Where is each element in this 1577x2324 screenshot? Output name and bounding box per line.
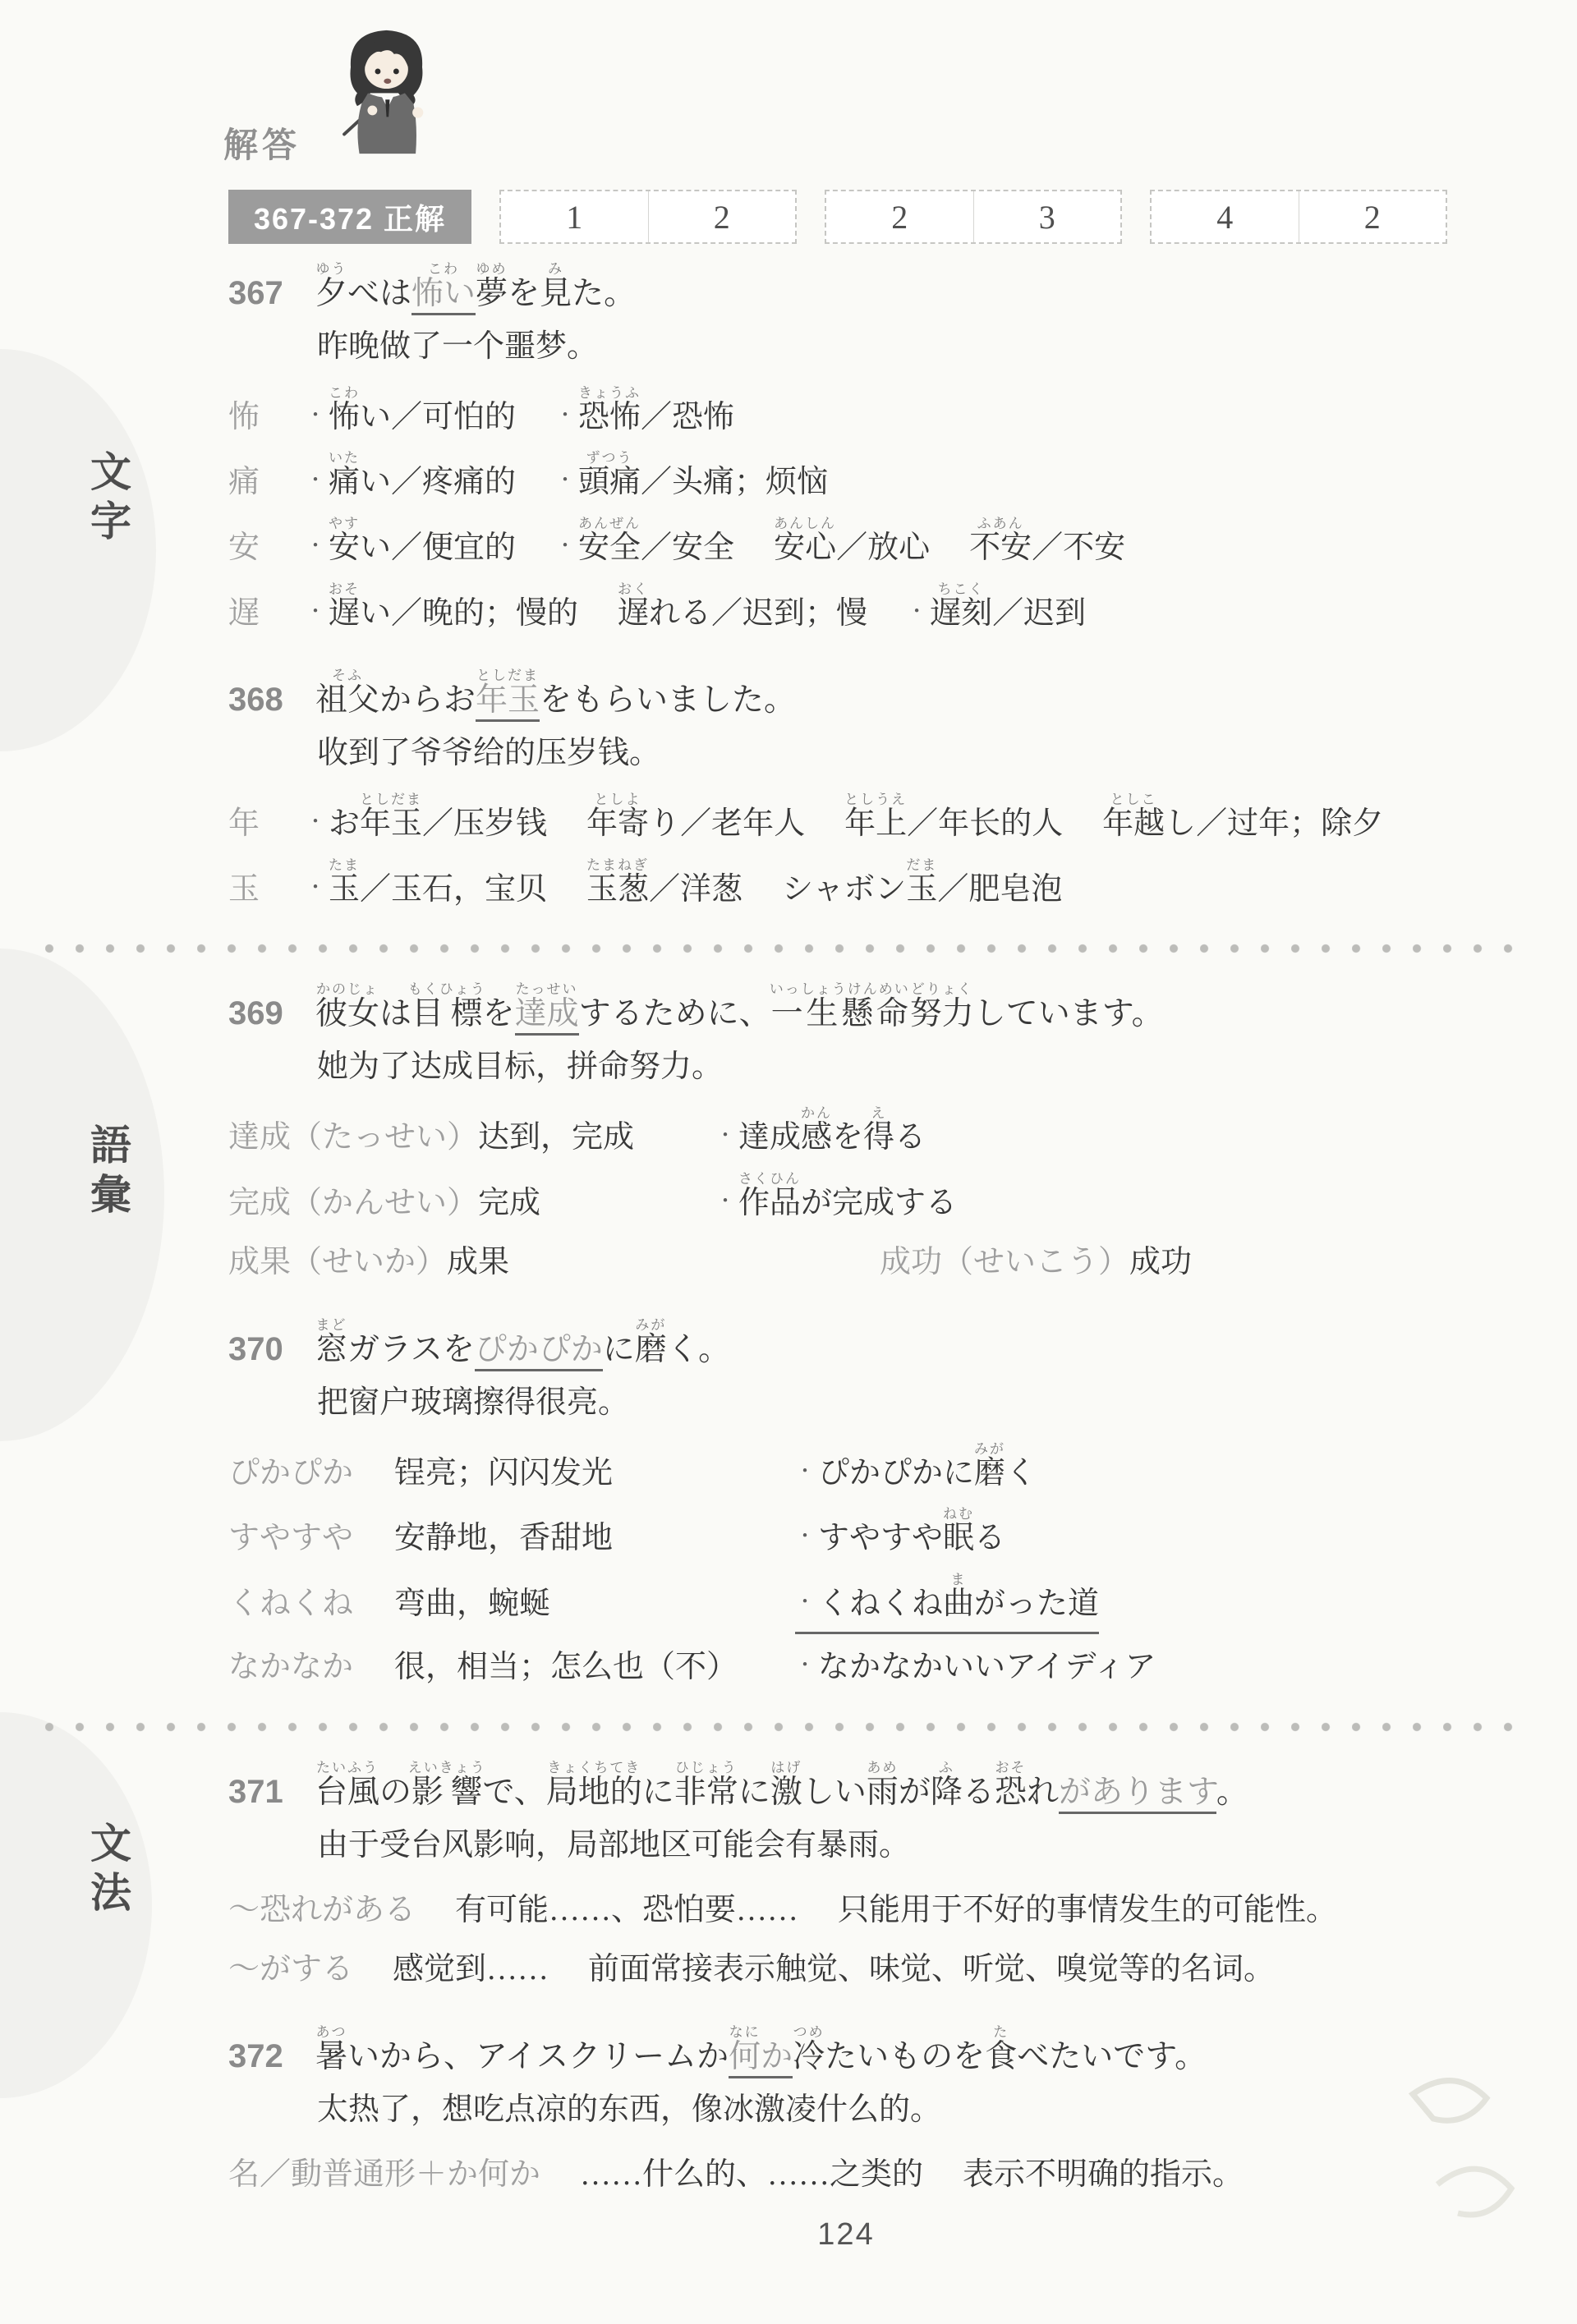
text-segment: り／老年人 bbox=[649, 806, 805, 841]
vocab-row: 安・安やすい／便宜的・安全あんぜん／安全安心あんしん／放心不安ふあん／不安 bbox=[228, 516, 1460, 575]
vocab-row: 遅・遅おそい／晚的；慢的遅おくれる／迟到；慢・遅刻ちこく／迟到 bbox=[228, 581, 1460, 641]
ruby-word: 痛いた bbox=[329, 465, 360, 499]
vocab-item: ・遅おそい／晚的；慢的 bbox=[306, 581, 578, 641]
vocab-rows: ぴかぴか锃亮；闪闪发光・ぴかぴかに磨みがくすやすや安静地，香甜地・すやすや眠ねむ… bbox=[228, 1441, 1460, 1694]
vocab-row: ～がする感觉到……前面常接表示触觉、味觉、听觉、嗅觉等的名词。 bbox=[228, 1943, 1460, 1996]
text-segment: ぴかぴか bbox=[475, 1332, 603, 1371]
furigana: み bbox=[540, 261, 572, 277]
vocab-row: すやすや安静地，香甜地・すやすや眠ねむる bbox=[228, 1506, 1460, 1565]
text-segment: 感觉到…… bbox=[393, 1952, 549, 1986]
answer-cell: 2 bbox=[826, 191, 974, 242]
vocab-item: 遅おくれる／迟到；慢 bbox=[618, 581, 867, 641]
ruby-word: 遅おそ bbox=[329, 596, 360, 631]
text-segment: をもらいました。 bbox=[540, 682, 796, 718]
furigana: おそ bbox=[995, 1760, 1027, 1775]
text-segment: シャボン bbox=[782, 872, 906, 907]
text-segment: 成功 bbox=[1129, 1245, 1192, 1279]
bullet-icon: ・ bbox=[306, 595, 325, 629]
text-segment: ／安全 bbox=[641, 530, 734, 565]
furigana: ふあん bbox=[969, 516, 1032, 531]
vocab-item: 名／動普通形＋か何か bbox=[228, 2148, 540, 2202]
ruby-word: 暑あつ bbox=[315, 2039, 347, 2074]
vocab-row: 痛・痛いたい／疼痛的・頭痛ずつう／头痛；烦恼 bbox=[228, 450, 1460, 509]
text-segment: ／肥皂泡 bbox=[937, 872, 1062, 907]
ruby-word: 作品さくひん bbox=[738, 1186, 801, 1220]
answer-range-label: 367-372 正解 bbox=[228, 190, 471, 244]
text-segment: 达到，完成 bbox=[478, 1120, 634, 1155]
text-segment: 完成（かんせい） bbox=[228, 1186, 478, 1220]
text-segment: い／疼痛的 bbox=[360, 465, 516, 499]
question-line: 372暑あついから、アイスクリームか何なにか冷つめたいものを食たべたいです。 bbox=[228, 2024, 1460, 2084]
bullet-icon: ・ bbox=[795, 1520, 815, 1554]
ruby-word: 窓まど bbox=[315, 1332, 347, 1367]
furigana: ま bbox=[943, 1572, 974, 1587]
furigana: まど bbox=[315, 1317, 347, 1333]
furigana: きょうふ bbox=[578, 385, 641, 401]
vocab-item: 玉 bbox=[228, 863, 266, 916]
text-segment: なかなかいいアイディア bbox=[818, 1650, 1156, 1684]
vocab-item: ・玉たま／玉石，宝贝 bbox=[306, 857, 547, 916]
furigana: ふ bbox=[931, 1760, 963, 1775]
vocab-item: ・遅刻ちこく／迟到 bbox=[907, 581, 1086, 641]
vocab-item: ～恐れがある bbox=[228, 1884, 416, 1937]
text-segment: ～恐れがある bbox=[228, 1893, 416, 1927]
furigana: としこ bbox=[1102, 792, 1165, 807]
bullet-icon: ・ bbox=[555, 530, 575, 563]
vocab-rows: 年・お年玉としだま／压岁钱年寄としより／老年人年上としうえ／年长的人年越としこし… bbox=[228, 792, 1460, 916]
text-segment: ／玉石，宝贝 bbox=[360, 872, 547, 907]
text-segment: いから、アイスクリームか bbox=[347, 2039, 729, 2074]
question-translation: 收到了爷爷给的压岁钱。 bbox=[317, 734, 1460, 774]
teacher-girl-illustration bbox=[327, 21, 446, 163]
vocab-item: ・すやすや眠ねむる bbox=[795, 1506, 1005, 1565]
sidebar-label-goi: 語彙 bbox=[78, 1123, 137, 1222]
text-segment: を bbox=[508, 276, 540, 311]
question-line: 370窓まどガラスをぴかぴかに磨みがく。 bbox=[228, 1317, 1460, 1377]
text-segment: ／头痛；烦恼 bbox=[641, 465, 828, 499]
question-372: 372暑あついから、アイスクリームか何なにか冷つめたいものを食たべたいです。太热… bbox=[228, 2024, 1460, 2201]
vocab-item: ・安全あんぜん／安全 bbox=[555, 516, 734, 575]
ruby-word: 目標もくひょう bbox=[411, 996, 483, 1031]
bullet-icon: ・ bbox=[306, 806, 325, 839]
text-segment: い／便宜的 bbox=[360, 530, 516, 565]
furigana: おく bbox=[618, 581, 649, 597]
furigana: た bbox=[985, 2024, 1017, 2040]
vocab-item: 表示不明确的指示。 bbox=[963, 2148, 1244, 2202]
text-segment: れ bbox=[1027, 1775, 1059, 1810]
ruby-word: 眠ねむ bbox=[943, 1521, 974, 1555]
text-segment: があります bbox=[1059, 1775, 1216, 1814]
question-sentence: 台風たいふうの影響えいきょうで、局地的きょくちてきに非常ひじょうに激はげしい雨あ… bbox=[315, 1760, 1248, 1820]
text-segment: 怖 bbox=[228, 400, 260, 434]
answer-group: 23 bbox=[825, 190, 1122, 244]
text-segment: べたいです。 bbox=[1017, 2039, 1207, 2074]
text-segment: か bbox=[761, 2039, 793, 2078]
furigana: いっしょうけんめい bbox=[770, 981, 910, 997]
vocab-item: ・痛いたい／疼痛的 bbox=[306, 450, 516, 509]
vocab-item: 不安ふあん／不安 bbox=[969, 516, 1125, 575]
vocab-rows: 達成（たっせい）达到，完成・達成感かんを得える完成（かんせい）完成・作品さくひん… bbox=[228, 1105, 1460, 1289]
question-371: 371台風たいふうの影響えいきょうで、局地的きょくちてきに非常ひじょうに激はげし… bbox=[228, 1760, 1460, 1996]
text-segment: が完成する bbox=[801, 1186, 957, 1220]
question-368: 368祖父そふからお年玉としだまをもらいました。收到了爷爷给的压岁钱。年・お年玉… bbox=[228, 668, 1460, 916]
girl-hand bbox=[412, 107, 423, 117]
ruby-word: 玉葱たまねぎ bbox=[586, 872, 649, 907]
furigana: いた bbox=[329, 450, 360, 466]
text-segment: ／不安 bbox=[1032, 530, 1125, 565]
text-segment: なかなか bbox=[228, 1650, 353, 1684]
text-segment: ／洋葱 bbox=[649, 872, 743, 907]
question-number: 371 bbox=[228, 1764, 287, 1820]
question-translation: 太热了，想吃点凉的东西，像冰激凌什么的。 bbox=[317, 2091, 1460, 2130]
question-line: 369彼女かのじょは目標もくひょうを達成たっせいするために、一生懸命いっしょうけ… bbox=[228, 981, 1460, 1041]
furigana: さくひん bbox=[738, 1171, 801, 1187]
vocab-item: 弯曲，蜿蜒 bbox=[394, 1578, 756, 1631]
text-segment: 安 bbox=[228, 530, 260, 565]
furigana: みが bbox=[635, 1317, 667, 1333]
bullet-icon: ・ bbox=[306, 399, 325, 433]
bullet-icon: ・ bbox=[555, 464, 575, 498]
vocab-item: なかなか bbox=[228, 1641, 355, 1694]
furigana: どりょく bbox=[910, 981, 974, 997]
vocab-row: くねくね弯曲，蜿蜒・くねくね曲まがった道 bbox=[228, 1572, 1460, 1635]
ruby-word: 年寄としよ bbox=[586, 806, 649, 841]
ruby-word: 年玉としだま bbox=[476, 682, 540, 722]
vocab-row: 成果（せいか）成果成功（せいこう）成功 bbox=[228, 1236, 1460, 1289]
text-segment: 弯曲，蜿蜒 bbox=[394, 1587, 550, 1621]
content: 367夕ゆうべは怖いこわ夢ゆめを見みた。昨晚做了一个噩梦。怖・怖こわい／可怕的・… bbox=[228, 261, 1460, 2229]
vocab-item: ・くねくね曲まがった道 bbox=[795, 1572, 1099, 1635]
text-segment: 锃亮；闪闪发光 bbox=[394, 1456, 613, 1490]
question-sentence: 夕ゆうべは怖いこわ夢ゆめを見みた。 bbox=[315, 261, 636, 321]
vocab-item: ・なかなかいいアイディア bbox=[795, 1641, 1156, 1694]
question-number: 367 bbox=[228, 265, 287, 321]
vocab-item: 年寄としより／老年人 bbox=[586, 792, 805, 851]
text-segment: 完成 bbox=[478, 1186, 540, 1220]
furigana: そふ bbox=[315, 668, 379, 683]
ruby-word: 磨みが bbox=[974, 1456, 1005, 1490]
question-367: 367夕ゆうべは怖いこわ夢ゆめを見みた。昨晚做了一个噩梦。怖・怖こわい／可怕的・… bbox=[228, 261, 1460, 640]
text-segment: に bbox=[642, 1775, 674, 1810]
vocab-item: 玉葱たまねぎ／洋葱 bbox=[586, 857, 743, 916]
ruby-word: 非常ひじょう bbox=[674, 1775, 738, 1810]
text-segment: で、 bbox=[483, 1775, 546, 1810]
sidebar-label-bunpou: 文法 bbox=[78, 1821, 137, 1920]
text-segment: ／恐怖 bbox=[641, 400, 734, 434]
vocab-item: 完成（かんせい）完成 bbox=[228, 1177, 676, 1230]
text-segment: 達成 bbox=[738, 1120, 801, 1155]
ruby-word: 夢ゆめ bbox=[476, 276, 508, 311]
ruby-word: 食た bbox=[985, 2039, 1017, 2074]
text-segment: る bbox=[963, 1775, 995, 1810]
text-segment: を bbox=[832, 1120, 863, 1155]
vocab-item: 痛 bbox=[228, 456, 266, 509]
vocab-row: 名／動普通形＋か何か……什么的、……之类的表示不明确的指示。 bbox=[228, 2148, 1460, 2202]
question-sentence: 祖父そふからお年玉としだまをもらいました。 bbox=[315, 668, 796, 728]
bullet-icon: ・ bbox=[715, 1185, 735, 1219]
text-segment: に bbox=[603, 1332, 635, 1367]
ruby-word: 玉だま bbox=[906, 872, 937, 907]
vocab-row: 年・お年玉としだま／压岁钱年寄としより／老年人年上としうえ／年长的人年越としこし… bbox=[228, 792, 1460, 851]
furigana: みが bbox=[974, 1441, 1005, 1457]
vocab-item: ・恐怖きょうふ／恐怖 bbox=[555, 385, 734, 444]
girl-eye bbox=[375, 69, 381, 75]
girl-hand bbox=[367, 105, 377, 115]
text-segment: く。 bbox=[667, 1332, 730, 1367]
vocab-item: 遅 bbox=[228, 587, 266, 641]
text-segment: ／年长的人 bbox=[907, 806, 1063, 841]
text-segment: 很，相当；怎么也（不） bbox=[394, 1650, 738, 1684]
vocab-row: 怖・怖こわい／可怕的・恐怖きょうふ／恐怖 bbox=[228, 385, 1460, 444]
bullet-icon: ・ bbox=[795, 1455, 815, 1489]
text-segment: い／可怕的 bbox=[360, 400, 516, 434]
vocab-row: ぴかぴか锃亮；闪闪发光・ぴかぴかに磨みがく bbox=[228, 1441, 1460, 1500]
text-segment: ぴかぴか bbox=[228, 1456, 353, 1490]
text-segment: る bbox=[974, 1521, 1005, 1555]
question-translation: 昨晚做了一个噩梦。 bbox=[317, 328, 1460, 367]
ruby-word: 祖父そふ bbox=[315, 682, 379, 718]
ruby-word: 感かん bbox=[801, 1120, 832, 1155]
ruby-word: 不安ふあん bbox=[969, 530, 1032, 565]
ruby-word: 降ふ bbox=[931, 1775, 963, 1810]
vocab-item: ・作品さくひんが完成する bbox=[715, 1171, 957, 1230]
question-370: 370窓まどガラスをぴかぴかに磨みがく。把窗户玻璃擦得很亮。ぴかぴか锃亮；闪闪发… bbox=[228, 1317, 1460, 1694]
bullet-icon: ・ bbox=[555, 399, 575, 433]
ruby-word: 遅おく bbox=[618, 596, 649, 631]
text-segment: ／压岁钱 bbox=[422, 806, 547, 841]
ruby-word: 怖こわ bbox=[329, 400, 360, 434]
vocab-row: なかなか很，相当；怎么也（不）・なかなかいいアイディア bbox=[228, 1641, 1460, 1694]
answer-group: 12 bbox=[499, 190, 797, 244]
furigana: としだま bbox=[360, 792, 422, 807]
text-segment: ぴかぴかに bbox=[818, 1456, 974, 1490]
question-369: 369彼女かのじょは目標もくひょうを達成たっせいするために、一生懸命いっしょうけ… bbox=[228, 981, 1460, 1289]
bullet-icon: ・ bbox=[306, 871, 325, 905]
vocab-item: ・頭痛ずつう／头痛；烦恼 bbox=[555, 450, 828, 509]
answer-group: 42 bbox=[1150, 190, 1447, 244]
ruby-word: 見み bbox=[540, 276, 572, 311]
question-line: 371台風たいふうの影響えいきょうで、局地的きょくちてきに非常ひじょうに激はげし… bbox=[228, 1760, 1460, 1820]
girl-mouth bbox=[384, 79, 391, 84]
vocab-item: 達成（たっせい）达到，完成 bbox=[228, 1111, 676, 1164]
question-translation: 把窗户玻璃擦得很亮。 bbox=[317, 1384, 1460, 1423]
bullet-icon: ・ bbox=[715, 1119, 735, 1153]
text-segment: 有可能……、恐怕要…… bbox=[455, 1893, 798, 1927]
question-line: 368祖父そふからお年玉としだまをもらいました。 bbox=[228, 668, 1460, 728]
furigana: たま bbox=[329, 857, 360, 873]
furigana: ゆめ bbox=[476, 261, 508, 277]
sidebar-label-moji: 文字 bbox=[78, 450, 137, 549]
answer-cell: 3 bbox=[974, 191, 1121, 242]
furigana: あんぜん bbox=[578, 516, 641, 531]
ruby-word: 安全あんぜん bbox=[578, 530, 641, 565]
text-segment: 成功（せいこう） bbox=[880, 1245, 1129, 1279]
ruby-word: 恐怖きょうふ bbox=[578, 400, 641, 434]
ruby-word: 磨みが bbox=[635, 1332, 667, 1367]
question-sentence: 彼女かのじょは目標もくひょうを達成たっせいするために、一生懸命いっしょうけんめい… bbox=[315, 981, 1164, 1041]
furigana: たっせい bbox=[515, 981, 579, 997]
furigana: こわ bbox=[329, 385, 360, 401]
dotted-divider bbox=[45, 1722, 1532, 1732]
text-segment: い／晚的；慢的 bbox=[360, 596, 578, 631]
furigana: ひじょう bbox=[674, 1760, 738, 1775]
vocab-item: 年上としうえ／年长的人 bbox=[844, 792, 1063, 851]
furigana: ずつう bbox=[578, 450, 641, 466]
ruby-word: 影響えいきょう bbox=[411, 1775, 483, 1810]
text-segment: 前面常接表示触觉、味觉、听觉、嗅觉等的名词。 bbox=[588, 1952, 1275, 1986]
text-segment: た。 bbox=[572, 276, 636, 311]
text-segment: くねくね bbox=[818, 1587, 943, 1621]
text-segment: 成果 bbox=[447, 1245, 509, 1279]
furigana: やす bbox=[329, 516, 360, 531]
furigana: だま bbox=[906, 857, 937, 873]
text-segment: 表示不明确的指示。 bbox=[963, 2157, 1244, 2192]
text-segment: ……什么的、……之类的 bbox=[580, 2157, 923, 2192]
text-segment: くねくね bbox=[228, 1587, 353, 1621]
ruby-word: 得え bbox=[863, 1120, 894, 1155]
ruby-word: 年上としうえ bbox=[844, 806, 907, 841]
text-segment: し／过年；除夕 bbox=[1165, 806, 1383, 841]
vocab-item: 安心あんしん／放心 bbox=[774, 516, 930, 575]
furigana: としうえ bbox=[844, 792, 907, 807]
text-segment: の bbox=[379, 1775, 411, 1810]
vocab-item: 怖 bbox=[228, 391, 266, 444]
text-segment: 玉 bbox=[228, 872, 260, 907]
text-segment: ／迟到 bbox=[992, 596, 1086, 631]
text-segment: を bbox=[483, 996, 515, 1031]
furigana: かん bbox=[801, 1105, 832, 1121]
furigana: あめ bbox=[867, 1760, 899, 1775]
vocab-item: 安 bbox=[228, 521, 266, 575]
vocab-item: ・達成感かんを得える bbox=[715, 1105, 926, 1164]
vocab-item: 安静地，香甜地 bbox=[394, 1512, 756, 1565]
bullet-icon: ・ bbox=[306, 464, 325, 498]
vocab-item: ……什么的、……之类的 bbox=[580, 2148, 923, 2202]
vocab-item: ・お年玉としだま／压岁钱 bbox=[306, 792, 547, 851]
text-segment: ／放心 bbox=[836, 530, 930, 565]
vocab-row: 完成（かんせい）完成・作品さくひんが完成する bbox=[228, 1171, 1460, 1230]
ruby-word: 一生懸命いっしょうけんめい bbox=[771, 996, 910, 1031]
vocab-item: ・怖こわい／可怕的 bbox=[306, 385, 516, 444]
furigana: こわ bbox=[411, 261, 476, 277]
question-number: 372 bbox=[228, 2028, 287, 2084]
ruby-word: 頭痛ずつう bbox=[578, 465, 641, 499]
vocab-item: ～がする bbox=[228, 1943, 353, 1996]
ruby-word: 台風たいふう bbox=[315, 1775, 379, 1810]
furigana: ねむ bbox=[943, 1506, 974, 1522]
vocab-item: 只能用于不好的事情发生的可能性。 bbox=[838, 1884, 1337, 1937]
vocab-item: 成果（せいか）成果 bbox=[228, 1236, 676, 1289]
question-line: 367夕ゆうべは怖いこわ夢ゆめを見みた。 bbox=[228, 261, 1460, 321]
text-segment: ガラスを bbox=[347, 1332, 475, 1367]
ruby-word: 年越としこ bbox=[1102, 806, 1165, 841]
furigana: えいきょう bbox=[408, 1760, 486, 1775]
text-segment: するために、 bbox=[579, 996, 771, 1031]
answer-cell: 1 bbox=[501, 191, 649, 242]
furigana: あつ bbox=[315, 2024, 347, 2040]
vocab-item: シャボン玉だま／肥皂泡 bbox=[782, 857, 1062, 916]
sidebar-arc-moji bbox=[0, 349, 156, 751]
text-segment: がった道 bbox=[974, 1587, 1099, 1621]
text-segment: る bbox=[894, 1120, 926, 1155]
ruby-word: 努力どりょく bbox=[910, 996, 974, 1031]
ruby-word: 局地的きょくちてき bbox=[546, 1775, 642, 1810]
text-segment: お bbox=[329, 806, 360, 841]
text-segment: しています。 bbox=[974, 996, 1164, 1031]
text-segment: 只能用于不好的事情发生的可能性。 bbox=[838, 1893, 1337, 1927]
answer-cell: 4 bbox=[1152, 191, 1299, 242]
furigana: なに bbox=[729, 2024, 761, 2040]
bullet-icon: ・ bbox=[795, 1649, 815, 1683]
vocab-rows: 名／動普通形＋か何か……什么的、……之类的表示不明确的指示。 bbox=[228, 2148, 1460, 2202]
text-segment: 達成（たっせい） bbox=[228, 1120, 478, 1155]
ruby-word: 曲ま bbox=[943, 1587, 974, 1621]
girl-eye bbox=[393, 69, 399, 75]
textbook-page: 解答 367-372 正解 122342 文字 語彙 文法 367夕ゆうべは怖い… bbox=[0, 0, 1577, 2324]
text-segment: 。 bbox=[1216, 1775, 1248, 1810]
question-sentence: 窓まどガラスをぴかぴかに磨みがく。 bbox=[315, 1317, 730, 1377]
text-segment: からお bbox=[379, 682, 476, 718]
ruby-word: 遅刻ちこく bbox=[930, 596, 992, 631]
question-number: 370 bbox=[228, 1321, 287, 1377]
ruby-word: 恐おそ bbox=[995, 1775, 1027, 1810]
vocab-item: 很，相当；怎么也（不） bbox=[394, 1641, 756, 1694]
ruby-word: 怖いこわ bbox=[411, 276, 476, 315]
furigana: かのじょ bbox=[315, 981, 379, 997]
vocab-row: 玉・玉たま／玉石，宝贝玉葱たまねぎ／洋葱シャボン玉だま／肥皂泡 bbox=[228, 857, 1460, 916]
text-segment: は bbox=[379, 996, 411, 1031]
furigana: もくひょう bbox=[408, 981, 486, 997]
vocab-row: ～恐れがある有可能……、恐怕要……只能用于不好的事情发生的可能性。 bbox=[228, 1884, 1460, 1937]
vocab-item: すやすや bbox=[228, 1512, 355, 1565]
vocab-item: 年越としこし／过年；除夕 bbox=[1102, 792, 1383, 851]
text-segment: に bbox=[738, 1775, 770, 1810]
vocab-item: 成功（せいこう）成功 bbox=[880, 1236, 1192, 1289]
ruby-word: 安やす bbox=[329, 530, 360, 565]
text-segment: 年 bbox=[228, 806, 260, 841]
vocab-item: ぴかぴか bbox=[228, 1447, 355, 1500]
text-segment: すやすや bbox=[818, 1521, 943, 1555]
ruby-word: 何なに bbox=[729, 2039, 761, 2078]
ruby-word: 安心あんしん bbox=[774, 530, 836, 565]
answer-cell: 2 bbox=[1299, 191, 1446, 242]
text-segment: 痛 bbox=[228, 465, 260, 499]
text-segment: しい bbox=[802, 1775, 867, 1810]
ruby-word: 達成たっせい bbox=[515, 996, 579, 1036]
text-segment: 名／動普通形＋か何か bbox=[228, 2157, 540, 2192]
text-segment: れる／迟到；慢 bbox=[649, 596, 867, 631]
ruby-word: 夕ゆう bbox=[315, 276, 347, 311]
answer-bar: 367-372 正解 122342 bbox=[228, 190, 1447, 244]
ruby-word: 激はげ bbox=[770, 1775, 802, 1810]
page-number: 124 bbox=[0, 2217, 1577, 2253]
furigana: としだま bbox=[476, 668, 540, 683]
furigana: としよ bbox=[586, 792, 649, 807]
furigana: ちこく bbox=[930, 581, 992, 597]
text-segment: 遅 bbox=[228, 596, 260, 631]
text-segment: 成果（せいか） bbox=[228, 1245, 447, 1279]
text-segment: ～がする bbox=[228, 1952, 353, 1986]
ruby-word: 冷つめ bbox=[793, 2039, 825, 2074]
answer-groups: 122342 bbox=[499, 190, 1447, 244]
question-translation: 由于受台风影响，局部地区可能会有暴雨。 bbox=[317, 1826, 1460, 1866]
dotted-divider bbox=[45, 944, 1532, 953]
text-segment: たいものを bbox=[825, 2039, 985, 2074]
vocab-item: くねくね bbox=[228, 1578, 355, 1631]
furigana: あんしん bbox=[774, 516, 836, 531]
text-segment: べは bbox=[347, 276, 411, 311]
question-number: 368 bbox=[228, 672, 287, 728]
